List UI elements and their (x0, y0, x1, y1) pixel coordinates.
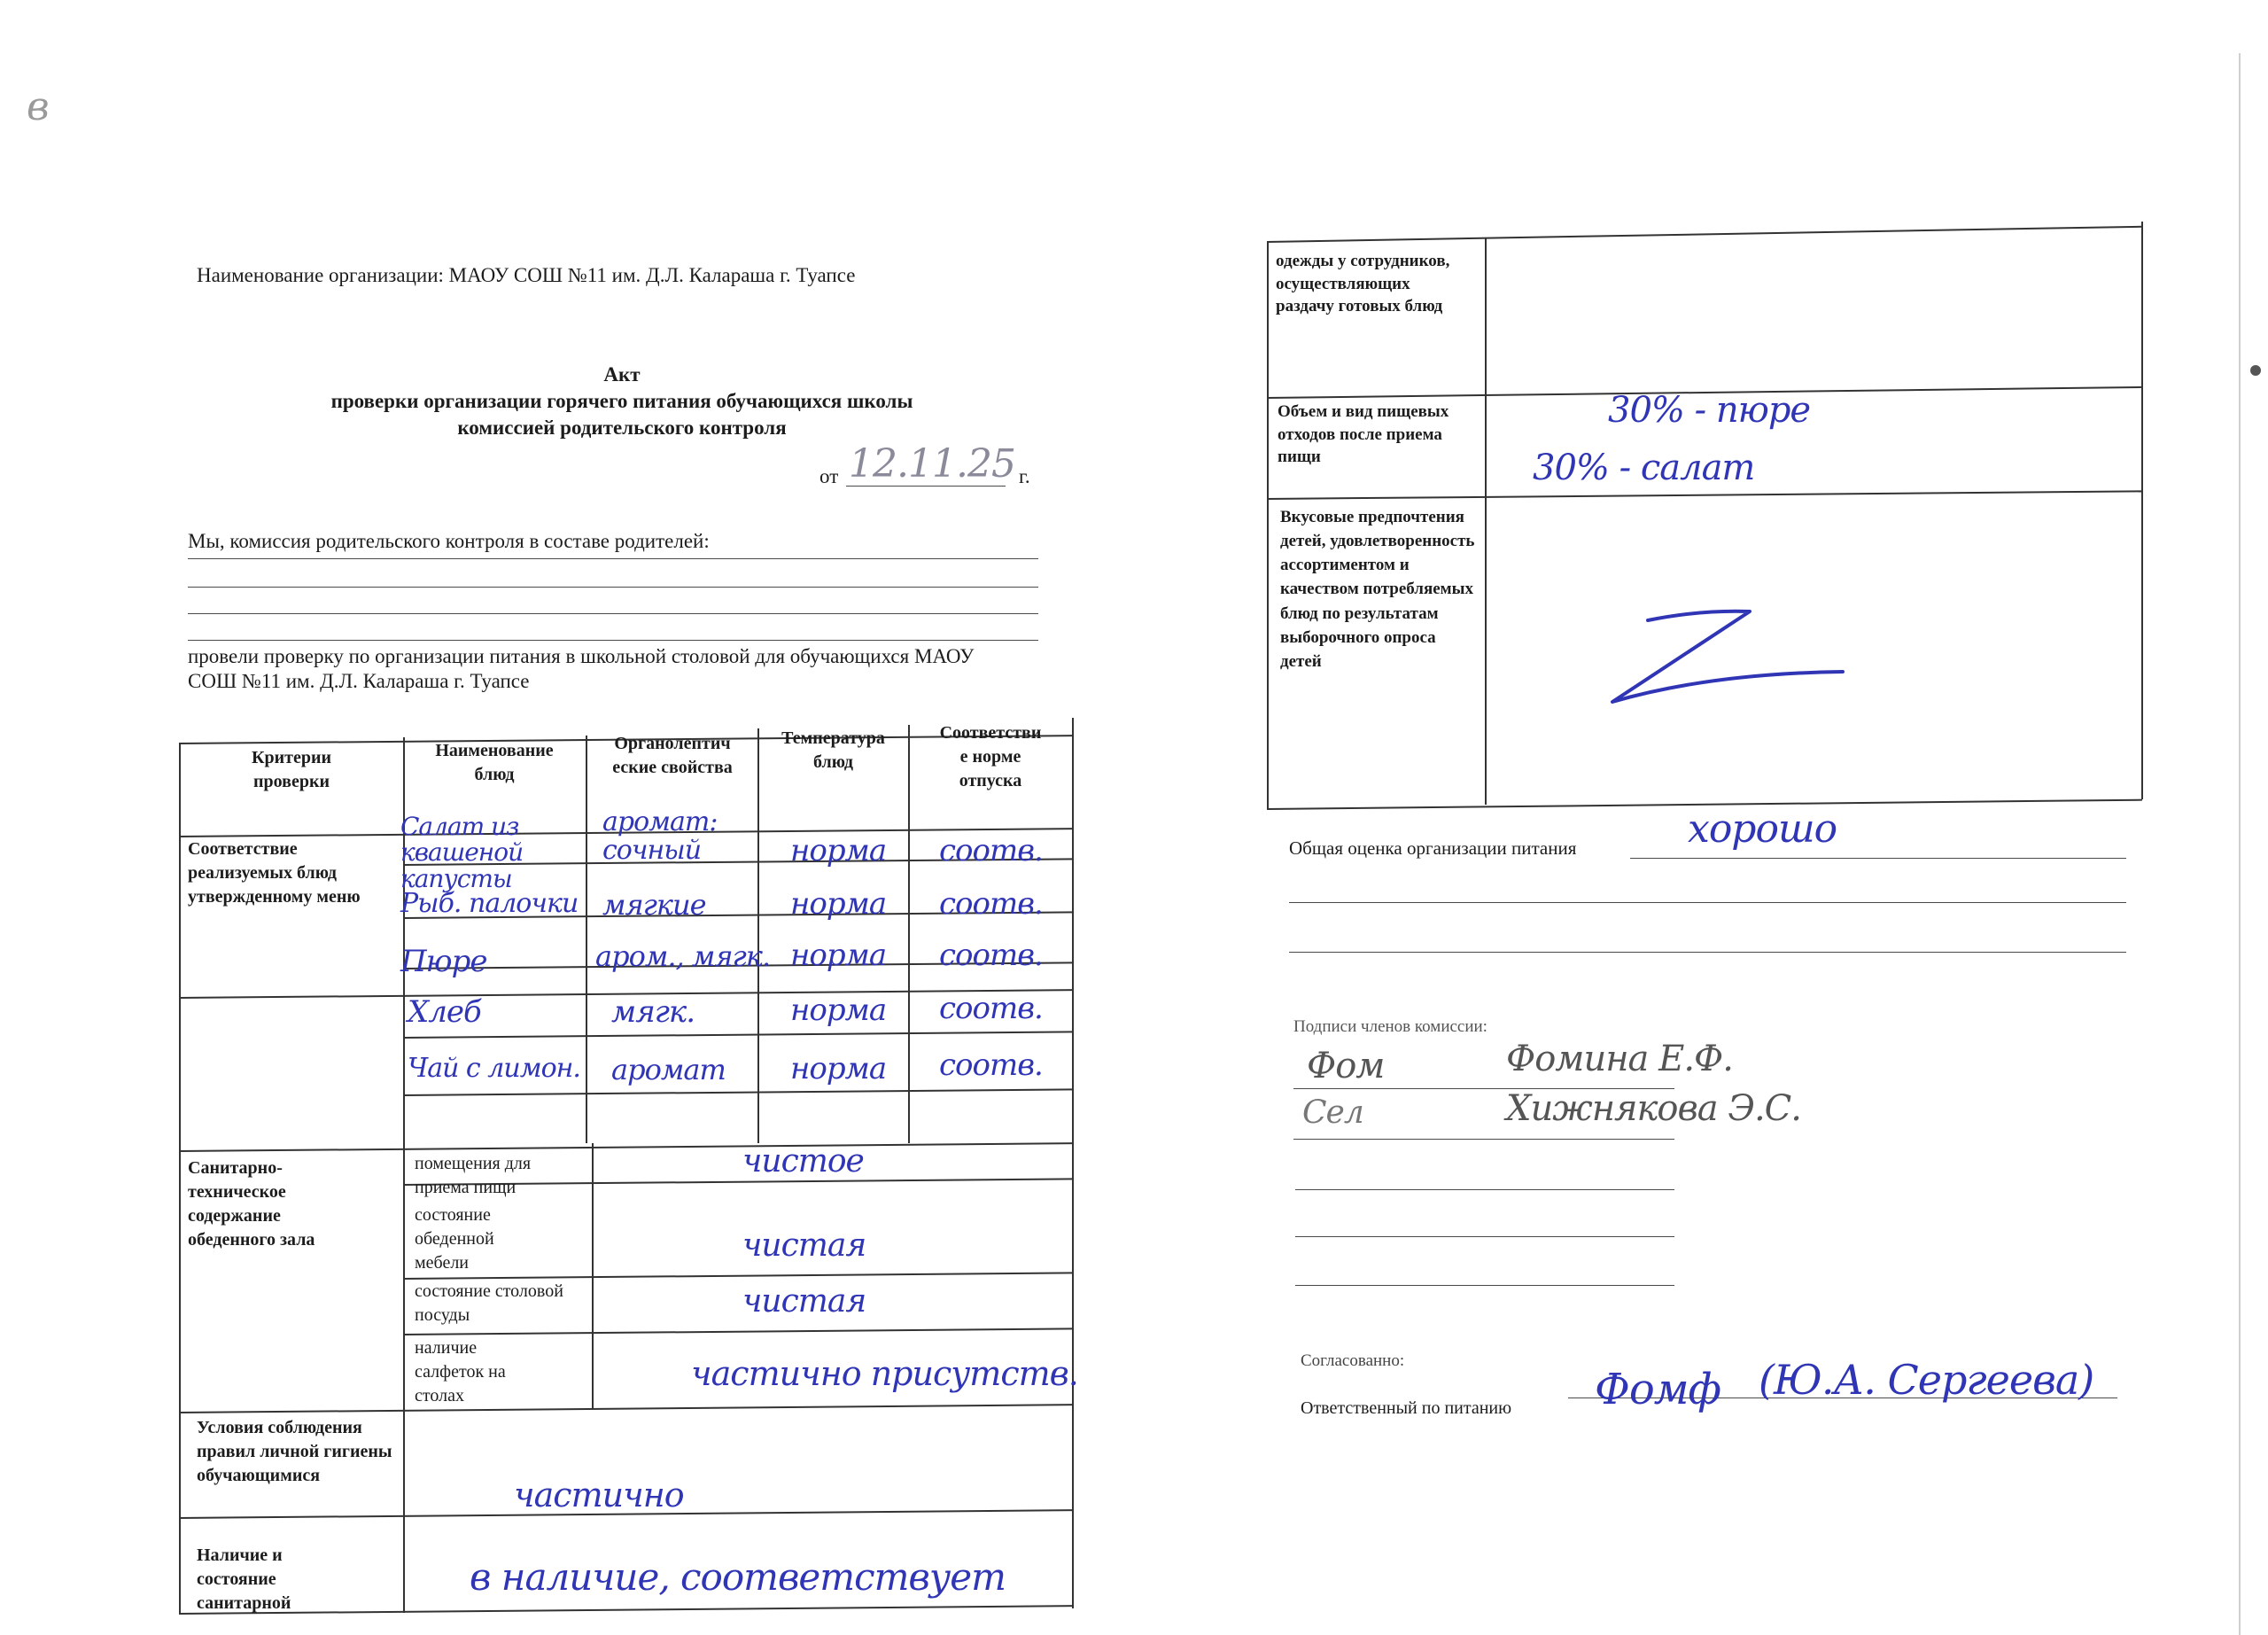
sanitary-value-1[interactable]: чистое (742, 1143, 864, 1180)
date-suffix: г. (1019, 465, 1030, 488)
header-organoleptic: Органолептич еские свойства (588, 732, 757, 780)
uniform-value[interactable]: в наличие, соответствует (470, 1555, 1006, 1599)
commission-blank-1[interactable] (188, 558, 1038, 559)
signature-line-3[interactable] (1295, 1189, 1674, 1190)
waste-value-1[interactable]: 30% - пюре (1608, 390, 1810, 431)
signature-line-5[interactable] (1295, 1285, 1674, 1286)
temperature-3[interactable]: норма (790, 938, 886, 973)
signature-1-name: Фомина Е.Ф. (1506, 1039, 1733, 1079)
sanitary-item-1: помещения для приема пищи (415, 1152, 583, 1200)
header-dish-name: Наименование блюд (406, 739, 583, 787)
responsible-signature: Фомф (1595, 1365, 1720, 1414)
date-prefix: от (819, 465, 838, 488)
signature-1-mark: Фом (1307, 1046, 1384, 1086)
sanitary-item-4: наличие салфеток на столах (415, 1336, 548, 1408)
criterion-taste: Вкусовые предпочтения детей, удовлетворе… (1280, 505, 1480, 673)
organization-name: Наименование организации: МАОУ СОШ №11 и… (197, 264, 855, 287)
responsible-label: Ответственный по питанию (1301, 1398, 1511, 1419)
compliance-2[interactable]: соотв. (939, 886, 1043, 922)
commission-blank-2[interactable] (188, 587, 1038, 588)
corner-mark: в (27, 84, 49, 129)
overall-value[interactable]: хорошо (1688, 806, 1837, 852)
signature-2-mark: Сел (1302, 1094, 1363, 1131)
compliance-1[interactable]: соотв. (939, 833, 1043, 868)
sanitary-item-3: состояние столовой посуды (415, 1280, 583, 1327)
overall-blank-2[interactable] (1289, 902, 2126, 903)
conducted-line-1: провели проверку по организации питания … (188, 645, 974, 668)
criterion-hygiene: Условия соблюдения правил личной гигиены… (197, 1416, 400, 1488)
temperature-2[interactable]: норма (790, 886, 886, 922)
dish-2[interactable]: Рыб. палочки (400, 888, 578, 919)
compliance-3[interactable]: соотв. (939, 938, 1043, 973)
hygiene-value[interactable]: частично (514, 1475, 684, 1514)
signature-line-4[interactable] (1295, 1236, 1674, 1237)
dish-4[interactable]: Хлеб (408, 994, 481, 1030)
scan-edge-line (2239, 53, 2241, 1635)
criterion-menu: Соответствие реализуемых блюд утвержденн… (188, 837, 392, 909)
document-subtitle-1: проверки организации горячего питания об… (197, 390, 1047, 413)
criterion-waste: Объем и вид пищевых отходов после приема… (1278, 401, 1481, 469)
signature-line-2[interactable] (1293, 1139, 1674, 1140)
document-title: Акт (197, 363, 1047, 386)
header-compliance: Соответстви е норме отпуска (911, 721, 1070, 793)
criterion-uniform-part1: Наличие и состояние санитарной (197, 1544, 338, 1616)
criterion-sanitary: Санитарно-техническое содержание обеденн… (188, 1156, 365, 1252)
organoleptic-2[interactable]: мягкие (602, 888, 706, 922)
organoleptic-3[interactable]: аром., мягк. (595, 939, 770, 973)
overall-line[interactable] (1630, 858, 2126, 859)
commission-line: Мы, комиссия родительского контроля в со… (188, 530, 710, 553)
sanitary-value-3[interactable]: чистая (742, 1283, 866, 1320)
signature-2-name: Хижнякова Э.С. (1506, 1088, 1801, 1129)
overall-label: Общая оценка организации питания (1289, 837, 1576, 859)
responsible-name: (Ю.А. Сергеева) (1759, 1356, 2093, 1404)
commission-blank-3[interactable] (188, 613, 1038, 614)
commission-blank-4[interactable] (188, 640, 1038, 641)
conducted-line-2: СОШ №11 им. Д.Л. Калараша г. Туапсе (188, 670, 530, 693)
date-value[interactable]: 12.11.25 (849, 441, 1015, 487)
organoleptic-5[interactable]: аромат (611, 1053, 726, 1086)
approved-label: Согласованно: (1301, 1351, 1404, 1371)
dish-3[interactable]: Пюре (400, 944, 486, 979)
overall-blank-3[interactable] (1289, 952, 2126, 953)
dish-1[interactable]: Салат из квашеной капусты (400, 814, 591, 891)
temperature-5[interactable]: норма (790, 1051, 886, 1086)
taste-z-mark[interactable] (1595, 594, 1860, 709)
header-criteria: Критерии проверки (182, 746, 401, 794)
compliance-4[interactable]: соотв. (939, 991, 1043, 1026)
header-temperature: Температура блюд (760, 727, 906, 775)
waste-value-2[interactable]: 30% - салат (1533, 448, 1754, 488)
scan-dot (2250, 365, 2261, 376)
sanitary-value-2[interactable]: чистая (742, 1227, 866, 1264)
sanitary-item-2: состояние обеденной мебели (415, 1203, 548, 1275)
temperature-1[interactable]: норма (790, 833, 886, 868)
signatures-label: Подписи членов комиссии: (1293, 1017, 1487, 1037)
temperature-4[interactable]: норма (790, 993, 886, 1028)
compliance-5[interactable]: соотв. (939, 1047, 1043, 1083)
sanitary-value-4[interactable]: частично присутств. (691, 1354, 1078, 1393)
organoleptic-4[interactable]: мягк. (611, 994, 695, 1030)
criterion-uniform-part2: одежды у сотрудников, осуществляющих раз… (1276, 250, 1471, 318)
dish-5[interactable]: Чай с лимон. (408, 1053, 580, 1084)
document-subtitle-2: комиссией родительского контроля (197, 417, 1047, 440)
organoleptic-1[interactable]: аромат: сочный (602, 808, 744, 864)
